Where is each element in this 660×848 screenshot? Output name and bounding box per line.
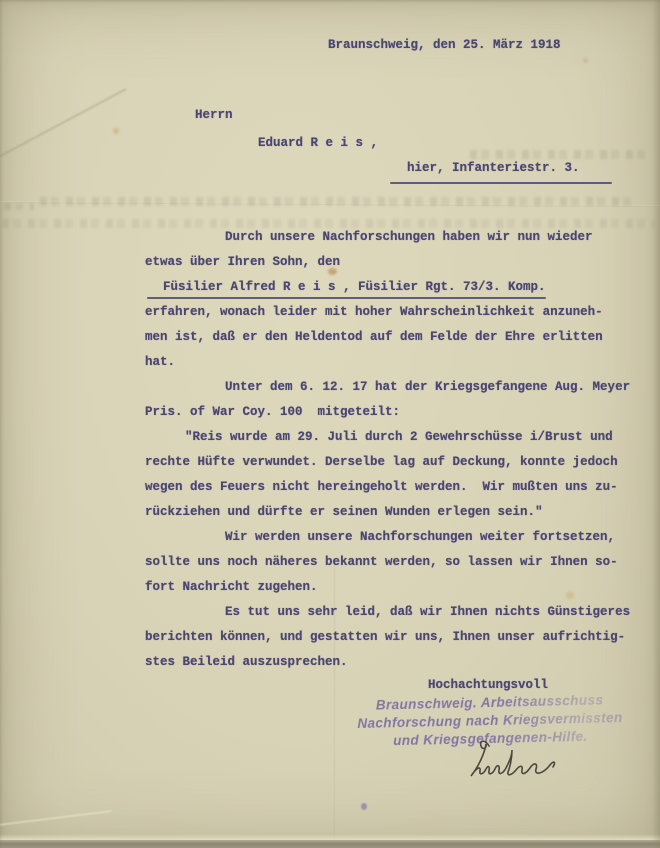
paper-top-edge-shadow [0,0,660,3]
recipient-name: Eduard R e i s , [258,136,378,150]
recipient-salutation: Herrn [195,108,233,122]
body-line: Wir werden unsere Nachforschungen weiter… [0,525,660,550]
body-line: stes Beileid auszusprechen. [0,650,660,675]
regiment-underline [147,297,546,299]
body-line: Pris. of War Coy. 100 mitgeteilt: [0,400,660,425]
body-line: men ist, daß er den Heldentod auf dem Fe… [0,325,660,350]
address-underline [390,182,612,184]
bottom-left-crease [0,810,112,828]
body-line: fort Nachricht zugehen. [0,575,660,600]
body-line-quote: wegen des Feuers nicht hereingeholt werd… [0,475,660,500]
body-line: etwas über Ihren Sohn, den [0,250,660,275]
body-line: Durch unsere Nachforschungen haben wir n… [0,225,660,250]
bleed-through-smudge [470,150,646,159]
paper-bottom-edge-shadow [0,840,660,848]
body-line: Es tut uns sehr leid, daß wir Ihnen nich… [0,600,660,625]
letter-body: Durch unsere Nachforschungen haben wir n… [0,225,660,675]
date-line: Braunschweig, den 25. März 1918 [328,38,561,52]
bleed-through-smudge [40,197,632,206]
bleed-through-smudge [4,203,34,210]
recipient-address: hier, Infanteriestr. 3. [407,161,580,175]
handwritten-signature [455,736,575,786]
body-line-quote: "Reis wurde am 29. Juli durch 2 Gewehrsc… [0,425,660,450]
body-line: Unter dem 6. 12. 17 hat der Kriegsgefang… [0,375,660,400]
body-line: berichten können, und gestatten wir uns,… [0,625,660,650]
body-line: erfahren, wonach leider mit hoher Wahrsc… [0,300,660,325]
paper-stain [113,128,119,134]
body-line-quote: rechte Hüfte verwundet. Derselbe lag auf… [0,450,660,475]
body-line-quote: rückziehen und dürfte er seinen Wunden e… [0,500,660,525]
paper-right-edge-shadow [652,0,660,848]
body-line: sollte uns noch näheres bekannt werden, … [0,550,660,575]
paper-left-edge-shadow [0,0,3,848]
body-line: hat. [0,350,660,375]
closing-salutation: Hochachtungsvoll [428,678,548,692]
corner-crease [0,88,127,170]
letter-scan: Braunschweig, den 25. März 1918 Herrn Ed… [0,0,660,848]
ink-speck [361,803,367,810]
paper-stain [583,58,588,63]
